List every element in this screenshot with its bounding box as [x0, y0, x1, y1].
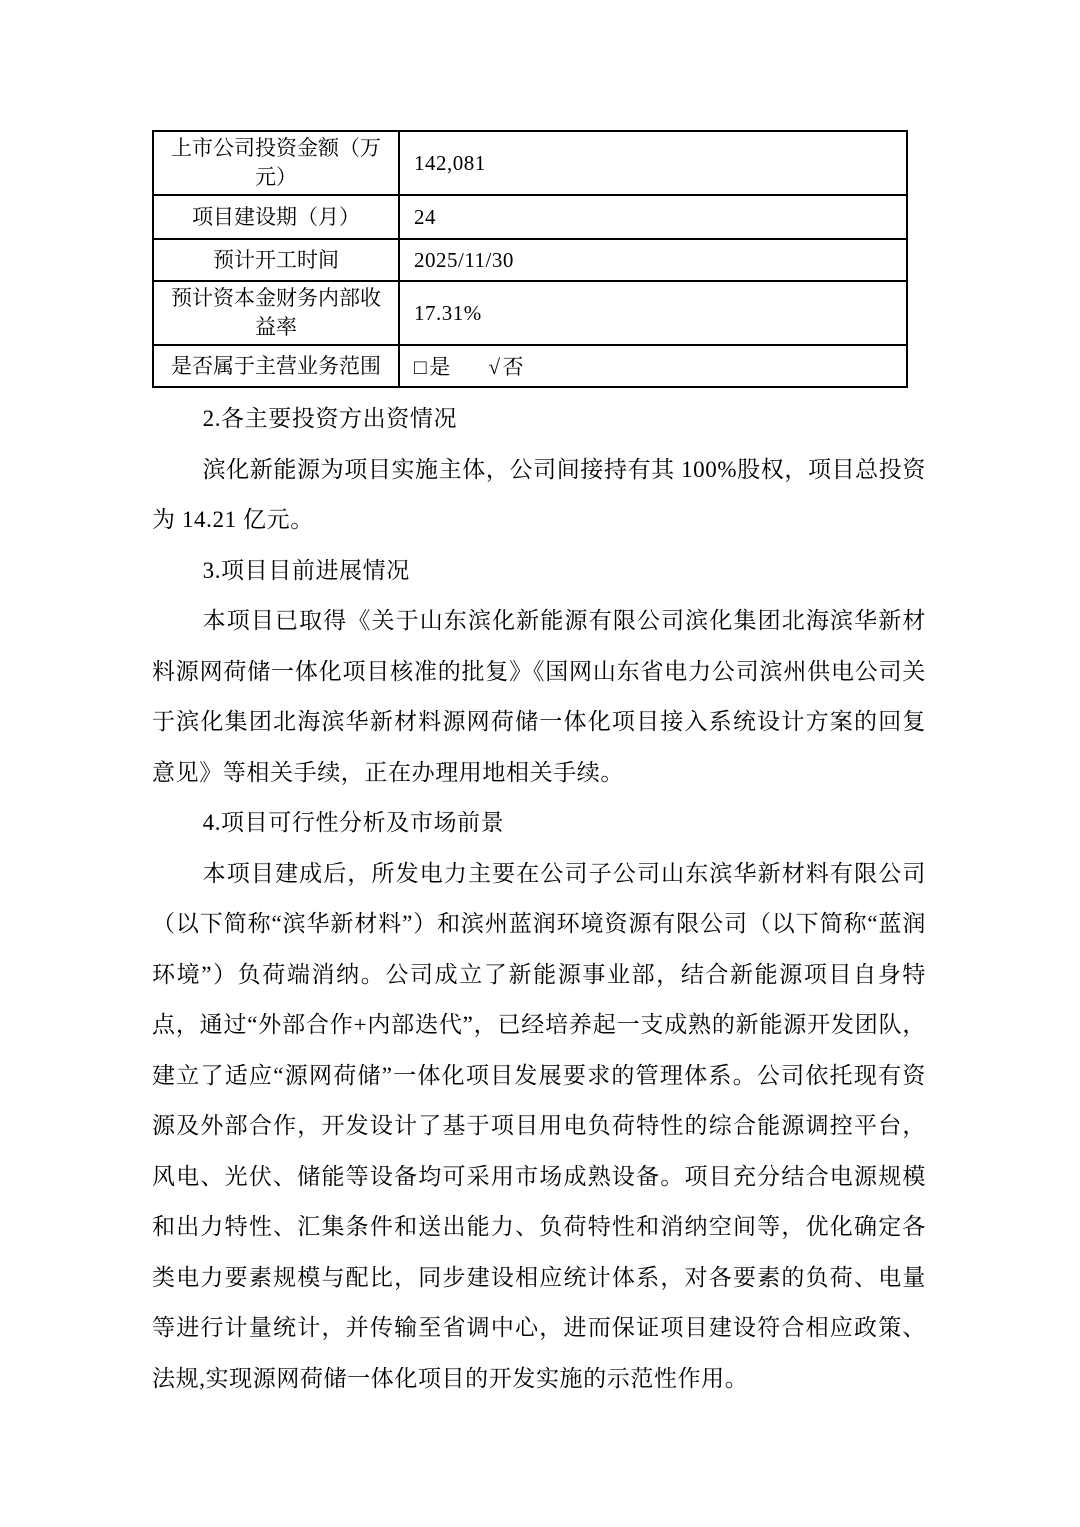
document-body: 2.各主要投资方出资情况 滨化新能源为项目实施主体，公司间接持有其 100%股权…: [152, 394, 926, 1404]
row-value: □是 √否: [399, 345, 907, 387]
no-option-label: 否: [502, 355, 524, 379]
project-info-table: 上市公司投资金额（万元） 142,081 项目建设期（月） 24 预计开工时间 …: [152, 130, 908, 388]
table-row: 项目建设期（月） 24: [153, 195, 907, 239]
main-business-no-option: √否: [488, 351, 524, 381]
row-label: 项目建设期（月）: [153, 195, 399, 239]
row-value: 2025/11/30: [399, 239, 907, 281]
row-label: 预计资本金财务内部收益率: [153, 281, 399, 345]
yes-option-label: 是: [429, 355, 451, 379]
row-label: 是否属于主营业务范围: [153, 345, 399, 387]
section-3-paragraph: 本项目已取得《关于山东滨化新能源有限公司滨化集团北海滨华新材料源网荷储一体化项目…: [152, 596, 926, 798]
table-row: 预计资本金财务内部收益率 17.31%: [153, 281, 907, 345]
check-mark-icon: √: [488, 355, 500, 379]
section-2-heading: 2.各主要投资方出资情况: [152, 394, 926, 445]
table-row: 是否属于主营业务范围 □是 √否: [153, 345, 907, 387]
main-business-yes-option: □是: [414, 351, 451, 381]
section-3-heading: 3.项目目前进展情况: [152, 546, 926, 597]
checkbox-empty-icon: □: [414, 355, 427, 379]
row-label: 上市公司投资金额（万元）: [153, 131, 399, 195]
section-4-heading: 4.项目可行性分析及市场前景: [152, 798, 926, 849]
row-label: 预计开工时间: [153, 239, 399, 281]
row-value: 24: [399, 195, 907, 239]
table-row: 预计开工时间 2025/11/30: [153, 239, 907, 281]
section-4-paragraph: 本项目建成后，所发电力主要在公司子公司山东滨华新材料有限公司（以下简称“滨华新材…: [152, 849, 926, 1405]
row-value: 142,081: [399, 131, 907, 195]
row-value: 17.31%: [399, 281, 907, 345]
document-page: 上市公司投资金额（万元） 142,081 项目建设期（月） 24 预计开工时间 …: [0, 0, 1080, 1527]
table-row: 上市公司投资金额（万元） 142,081: [153, 131, 907, 195]
section-2-paragraph: 滨化新能源为项目实施主体，公司间接持有其 100%股权，项目总投资为 14.21…: [152, 445, 926, 546]
